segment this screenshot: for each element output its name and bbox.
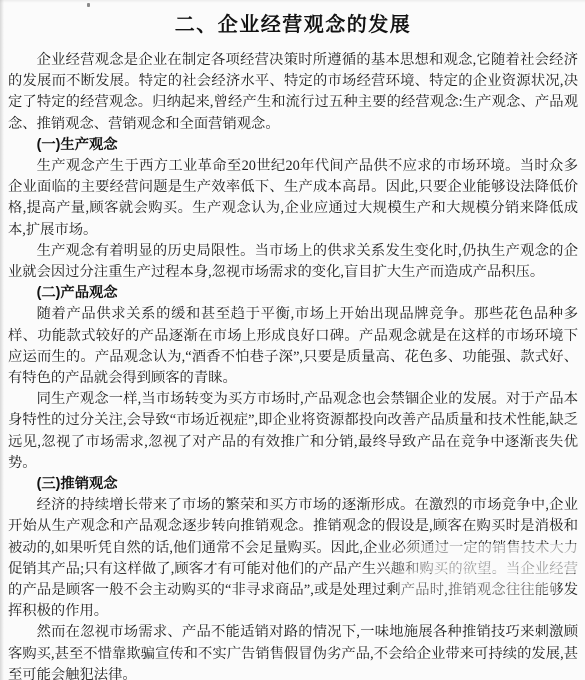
- paragraph: 生产观念有着明显的历史局限性。当市场上的供求关系发生变化时,仍执生产观念的企业就…: [8, 241, 578, 283]
- document-body: 企业经营观念是企业在制定各项经营决策时所遵循的基本思想和观念,它随着社会经济的发…: [8, 50, 578, 680]
- paragraph: 然而在忽视市场需求、产品不能适销对路的情况下,一味地施展各种推销技巧来刺激顾客购…: [8, 622, 578, 680]
- section-heading-product: (二)产品观念: [8, 283, 578, 304]
- document-title: 二、企业经营观念的发展: [8, 8, 578, 37]
- paragraph: 生产观念产生于西方工业革命至20世纪20年代间产品供不应求的市场环境。当时众多企…: [8, 156, 578, 241]
- paragraph: 经济的持续增长带来了市场的繁荣和买方市场的逐渐形成。在激烈的市场竞争中,企业开始…: [8, 495, 578, 622]
- paragraph-intro: 企业经营观念是企业在制定各项经营决策时所遵循的基本思想和观念,它随着社会经济的发…: [8, 50, 578, 135]
- paragraph: 随着产品供求关系的缓和甚至趋于平衡,市场上开始出现品牌竞争。那些花色品种多样、功…: [8, 304, 578, 389]
- document-page: 二、企业经营观念的发展 企业经营观念是企业在制定各项经营决策时所遵循的基本思想和…: [0, 0, 585, 680]
- paragraph: 同生产观念一样,当市场转变为买方市场时,产品观念也会禁锢企业的发展。对于产品本身…: [8, 389, 578, 474]
- section-heading-selling: (三)推销观念: [8, 474, 578, 495]
- section-heading-production: (一)生产观念: [8, 135, 578, 156]
